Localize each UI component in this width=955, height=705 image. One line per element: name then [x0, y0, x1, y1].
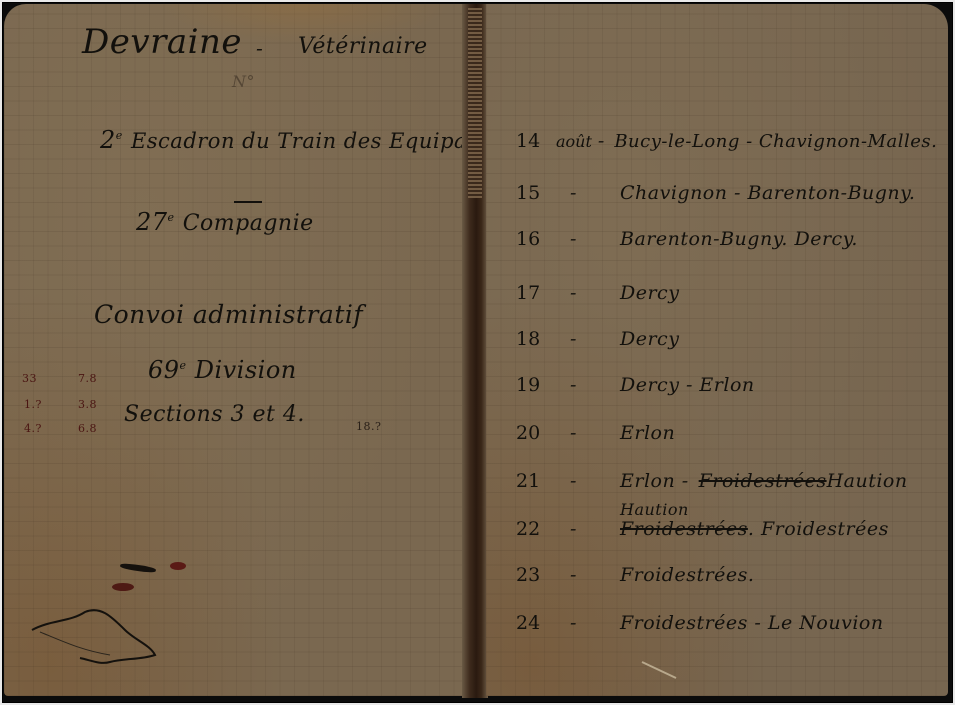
struck-place: Froidestrées [620, 518, 748, 540]
entry-places: Bucy-le-Long - Chavignon-Malles. [614, 131, 937, 152]
margin-mark-3: 1.? [24, 398, 42, 411]
entry-day: 22 [516, 518, 556, 540]
margin-mark-1: 33 [22, 372, 37, 385]
division-number: 69 [148, 356, 180, 384]
company-ordinal: e [168, 211, 175, 224]
entry-dash: - [556, 564, 620, 586]
entry-dash: - [556, 328, 620, 350]
itinerary-entry: 21 - Erlon - Froidestrées Haution [516, 470, 908, 506]
entry-day: 17 [516, 282, 556, 304]
entry-dash: - [556, 612, 620, 634]
paper-crease [640, 660, 680, 682]
red-ink-smudge [112, 583, 134, 591]
entry-day: 21 [516, 470, 556, 492]
entry-day: 19 [516, 374, 556, 396]
margin-mark-5: 4.? [24, 422, 42, 435]
entry-dash: - [556, 228, 620, 250]
entry-places: Dercy - Erlon [620, 374, 755, 396]
itinerary-entry: 19 - Dercy - Erlon [516, 374, 755, 410]
entry-places: Froidestrées - Le Nouvion [620, 612, 884, 634]
unit-line: 2e Escadron du Train des Equipages [100, 126, 505, 154]
red-ink-blot [170, 562, 186, 570]
entry-places: Froidestrées. [620, 564, 754, 586]
entry-places: Chavignon - Barenton-Bugny. [620, 182, 915, 204]
division-line: 69e Division [148, 356, 297, 384]
entry-places: Dercy [620, 282, 679, 304]
entry-day: 24 [516, 612, 556, 634]
corrected-place: Haution [827, 470, 908, 492]
pencil-sketch [30, 600, 160, 670]
itinerary-entry: 20 - Erlon [516, 422, 675, 458]
entry-dash: - [556, 422, 620, 444]
division-ordinal: e [180, 359, 187, 372]
entry-day: 23 [516, 564, 556, 586]
entry-day: 14 [516, 130, 556, 152]
faint-number-mark: N° [232, 72, 255, 91]
itinerary-entry: 15 - Chavignon - Barenton-Bugny. [516, 182, 915, 218]
margin-mark-2: 7.8 [78, 372, 97, 385]
owner-name: Devraine [82, 22, 242, 62]
itinerary-entry: 14 août - Bucy-le-Long - Chavignon-Malle… [516, 130, 937, 166]
company-line: 27e Compagnie [136, 208, 314, 236]
inserted-correction: Haution [620, 500, 689, 519]
entry-dash: - [556, 282, 620, 304]
owner-title: Vétérinaire [298, 34, 428, 59]
company-overline [234, 201, 262, 203]
entry-dash: - [556, 182, 620, 204]
company-text: Compagnie [183, 211, 314, 236]
margin-mark-6: 6.8 [78, 422, 97, 435]
entry-places: Erlon - [620, 470, 689, 492]
itinerary-entry: 24 - Froidestrées - Le Nouvion [516, 612, 884, 648]
division-text: Division [195, 356, 297, 384]
entry-places: Barenton-Bugny. Dercy. [620, 228, 858, 250]
left-page [4, 4, 466, 696]
entry-dash: - [556, 374, 620, 396]
spine-binding-thread [468, 8, 482, 198]
unit-text: Escadron du Train des Equipages [131, 129, 505, 153]
sections-line: Sections 3 et 4. [124, 402, 305, 427]
entry-dash: - [556, 470, 620, 492]
name-separator: - [256, 36, 263, 60]
itinerary-entry: 16 - Barenton-Bugny. Dercy. [516, 228, 858, 264]
company-number: 27 [136, 208, 168, 236]
itinerary-entry: 17 - Dercy [516, 282, 679, 318]
entry-places: . Froidestrées [748, 518, 889, 540]
entry-month: août [556, 132, 592, 151]
itinerary-entry: 23 - Froidestrées. [516, 564, 754, 600]
entry-dash: - [556, 518, 620, 540]
entry-dash: - [598, 130, 604, 152]
itinerary-entry: 18 - Dercy [516, 328, 679, 364]
entry-places: Dercy [620, 328, 679, 350]
entry-day: 18 [516, 328, 556, 350]
struck-place: Froidestrées [699, 470, 827, 492]
entry-day: 15 [516, 182, 556, 204]
unit-number: 2 [100, 126, 116, 154]
convoy-line: Convoi administratif [94, 300, 363, 329]
entry-day: 20 [516, 422, 556, 444]
unit-ordinal: e [116, 129, 123, 142]
margin-mark-4: 3.8 [78, 398, 97, 411]
right-margin-mark: 18.? [356, 420, 381, 433]
entry-places: Erlon [620, 422, 675, 444]
entry-day: 16 [516, 228, 556, 250]
itinerary-entry: 22 - Froidestrées . Froidestrées [516, 518, 889, 554]
